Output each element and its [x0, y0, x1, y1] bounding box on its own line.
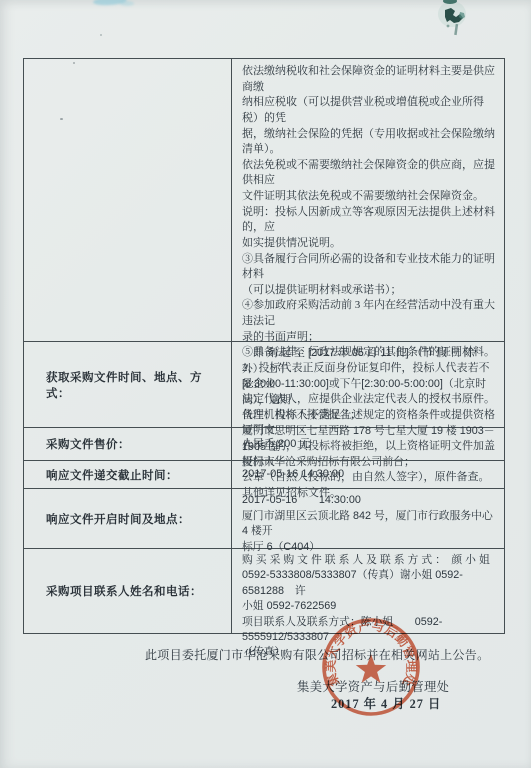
table-row: 采购文件售价： 人民币 200 元 — [24, 428, 504, 461]
scanned-procurement-notice-page: 依法缴纳税收和社会保障资金的证明材料主要是供应商缴 纳相应税收（可以提供营业税或… — [0, 0, 531, 768]
procurement-info-table: 依法缴纳税收和社会保障资金的证明材料主要是供应商缴 纳相应税收（可以提供营业税或… — [23, 58, 505, 634]
teal-ink-blot-mark — [436, 0, 476, 40]
document-price-text: 人民币 200 元 — [232, 428, 504, 460]
seal-ring-text: 集美大学资产与后勤管理处 — [323, 618, 419, 689]
svg-text:集美大学资产与后勤管理处: 集美大学资产与后勤管理处 — [323, 618, 419, 689]
table-row: 依法缴纳税收和社会保障资金的证明材料主要是供应商缴 纳相应税收（可以提供营业税或… — [24, 59, 504, 342]
row-label-cell: 响应文件递交截止时间： — [24, 461, 232, 488]
row-label-cell: 获取采购文件时间、地点、方式： — [24, 342, 232, 427]
row-label-cell: 采购项目联系人姓名和电话： — [24, 549, 232, 633]
document-obtain-info-text: 即 刻 起 至 [2017 年 05 月 11 日] （节 假 日 除 外） 上… — [232, 342, 504, 427]
table-row: 采购项目联系人姓名和电话： 购 买 采 购 文 件 联 系 人 及 联 系 方 … — [24, 549, 504, 633]
star-icon — [356, 654, 386, 683]
submission-deadline-text: 2017-05-16 14:30:00 — [232, 461, 504, 488]
table-row: 响应文件开启时间及地点： 2017-05-16 14:30:00 厦门市湖里区云… — [24, 489, 504, 549]
scan-speck — [100, 34, 102, 36]
row-label-cell — [24, 59, 232, 341]
opening-time-place-text: 2017-05-16 14:30:00 厦门市湖里区云顶北路 842 号，厦门市… — [232, 489, 504, 548]
row-label-cell: 响应文件开启时间及地点： — [24, 489, 232, 548]
table-row: 获取采购文件时间、地点、方式： 即 刻 起 至 [2017 年 05 月 11 … — [24, 342, 504, 428]
red-seal-stamp: 集美大学资产与后勤管理处 — [315, 611, 427, 719]
qualification-requirements-text: 依法缴纳税收和社会保障资金的证明材料主要是供应商缴 纳相应税收（可以提供营业税或… — [232, 59, 504, 341]
table-row: 响应文件递交截止时间： 2017-05-16 14:30:00 — [24, 461, 504, 489]
row-label-cell: 采购文件售价： — [24, 428, 232, 460]
blue-smudge-mark — [120, 1, 134, 6]
